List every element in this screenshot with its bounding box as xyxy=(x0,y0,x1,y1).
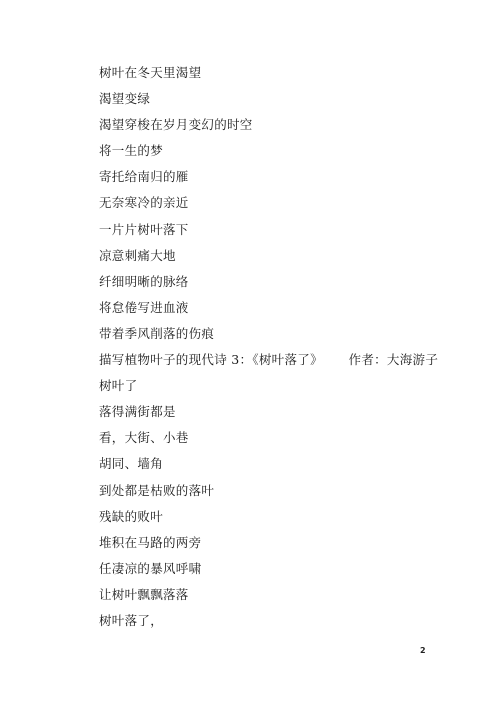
text-line: 纤细明晰的脉络 xyxy=(99,273,438,299)
text-line: 寄托给南归的雁 xyxy=(99,168,438,194)
text-line: 任凄凉的暴风呼啸 xyxy=(99,560,438,586)
text-line: 残缺的败叶 xyxy=(99,508,438,534)
text-line: 将怠倦写进血液 xyxy=(99,299,438,325)
text-line: 堆积在马路的两旁 xyxy=(99,534,438,560)
text-line: 落得满街都是 xyxy=(99,403,438,429)
text-line: 渴望穿梭在岁月变幻的时空 xyxy=(99,116,438,142)
text-line: 让树叶飘飘落落 xyxy=(99,586,438,612)
text-line: 带着季风削落的伤痕 xyxy=(99,325,438,351)
page-number: 2 xyxy=(420,646,426,655)
text-line: 树叶在冬天里渴望 xyxy=(99,64,438,90)
poem-heading: 描写植物叶子的现代诗 3：《树叶落了》 作者：大海游子 xyxy=(99,351,438,377)
text-line: 到处都是枯败的落叶 xyxy=(99,482,438,508)
text-line: 将一生的梦 xyxy=(99,142,438,168)
text-line: 看，大街、小巷 xyxy=(99,429,438,455)
text-line: 渴望变绿 xyxy=(99,90,438,116)
text-line: 无奈寒冷的亲近 xyxy=(99,194,438,220)
text-line: 胡同、墙角 xyxy=(99,455,438,481)
text-line: 树叶落了， xyxy=(99,612,438,638)
poem-body: 树叶在冬天里渴望 渴望变绿 渴望穿梭在岁月变幻的时空 将一生的梦 寄托给南归的雁… xyxy=(99,64,438,638)
text-line: 树叶了 xyxy=(99,377,438,403)
text-line: 凉意刺痛大地 xyxy=(99,247,438,273)
document-page: 树叶在冬天里渴望 渴望变绿 渴望穿梭在岁月变幻的时空 将一生的梦 寄托给南归的雁… xyxy=(0,0,500,707)
text-line: 一片片树叶落下 xyxy=(99,221,438,247)
